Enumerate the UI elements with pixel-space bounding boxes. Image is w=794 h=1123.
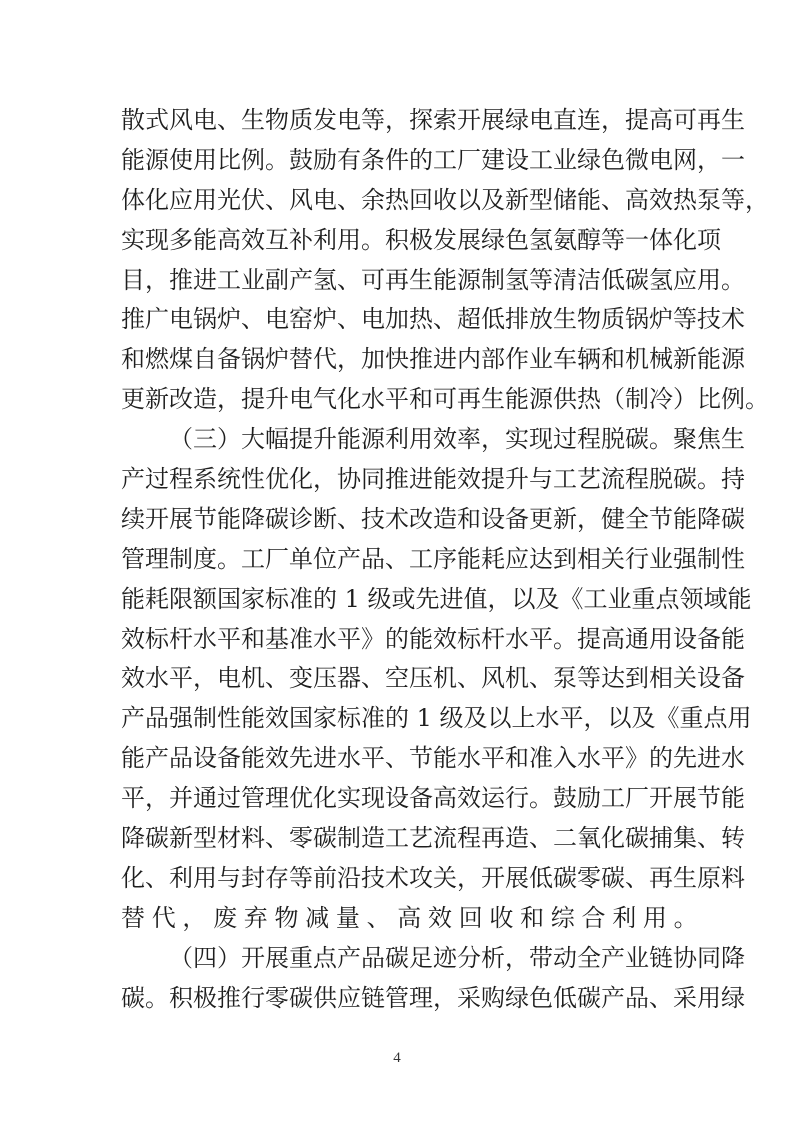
text-line: 能耗限额国家标准的 1 级或先进值，以及《工业重点领域能 — [121, 580, 674, 620]
text-line: 散式风电、生物质发电等，探索开展绿电直连，提高可再生 — [121, 101, 674, 141]
text-line: 效水平，电机、变压器、空压机、风机、泵等达到相关设备 — [121, 659, 674, 699]
text-line: 效标杆水平和基准水平》的能效标杆水平。提高通用设备能 — [121, 620, 674, 660]
text-line: 更新改造，提升电气化水平和可再生能源供热（制冷）比例。 — [121, 380, 674, 420]
text-line: 产品强制性能效国家标准的 1 级及以上水平，以及《重点用 — [121, 699, 674, 739]
text-line: 续开展节能降碳诊断、技术改造和设备更新，健全节能降碳 — [121, 500, 674, 540]
text-line: 推广电锅炉、电窑炉、电加热、超低排放生物质锅炉等技术 — [121, 300, 674, 340]
text-line: 实现多能高效互补利用。积极发展绿色氢氨醇等一体化项 — [121, 221, 674, 261]
section-heading-line-3: （三）大幅提升能源利用效率，实现过程脱碳。聚焦生 — [121, 420, 674, 460]
text-line: 和燃煤自备锅炉替代，加快推进内部作业车辆和机械新能源 — [121, 340, 674, 380]
text-line: 化、利用与封存等前沿技术攻关，开展低碳零碳、再生原料 — [121, 859, 674, 899]
text-line: 降碳新型材料、零碳制造工艺流程再造、二氧化碳捕集、转 — [121, 819, 674, 859]
text-line: 产过程系统性优化，协同推进能效提升与工艺流程脱碳。持 — [121, 460, 674, 500]
section-heading-line-4: （四）开展重点产品碳足迹分析，带动全产业链协同降 — [121, 939, 674, 979]
text-line: 碳。积极推行零碳供应链管理，采购绿色低碳产品、采用绿 — [121, 979, 674, 1019]
page-number: 4 — [0, 1050, 794, 1067]
text-line: 管理制度。工厂单位产品、工序能耗应达到相关行业强制性 — [121, 540, 674, 580]
body-text: 散式风电、生物质发电等，探索开展绿电直连，提高可再生 能源使用比例。鼓励有条件的… — [121, 101, 674, 1018]
paragraph-end-line: 替代，废弃物减量、高效回收和综合利用。 — [121, 899, 674, 939]
document-page: 散式风电、生物质发电等，探索开展绿电直连，提高可再生 能源使用比例。鼓励有条件的… — [0, 0, 794, 1123]
text-line: 目，推进工业副产氢、可再生能源制氢等清洁低碳氢应用。 — [121, 261, 674, 301]
text-line: 体化应用光伏、风电、余热回收以及新型储能、高效热泵等， — [121, 181, 674, 221]
text-line: 能产品设备能效先进水平、节能水平和准入水平》的先进水 — [121, 739, 674, 779]
text-line: 能源使用比例。鼓励有条件的工厂建设工业绿色微电网，一 — [121, 141, 674, 181]
text-line: 平，并通过管理优化实现设备高效运行。鼓励工厂开展节能 — [121, 779, 674, 819]
